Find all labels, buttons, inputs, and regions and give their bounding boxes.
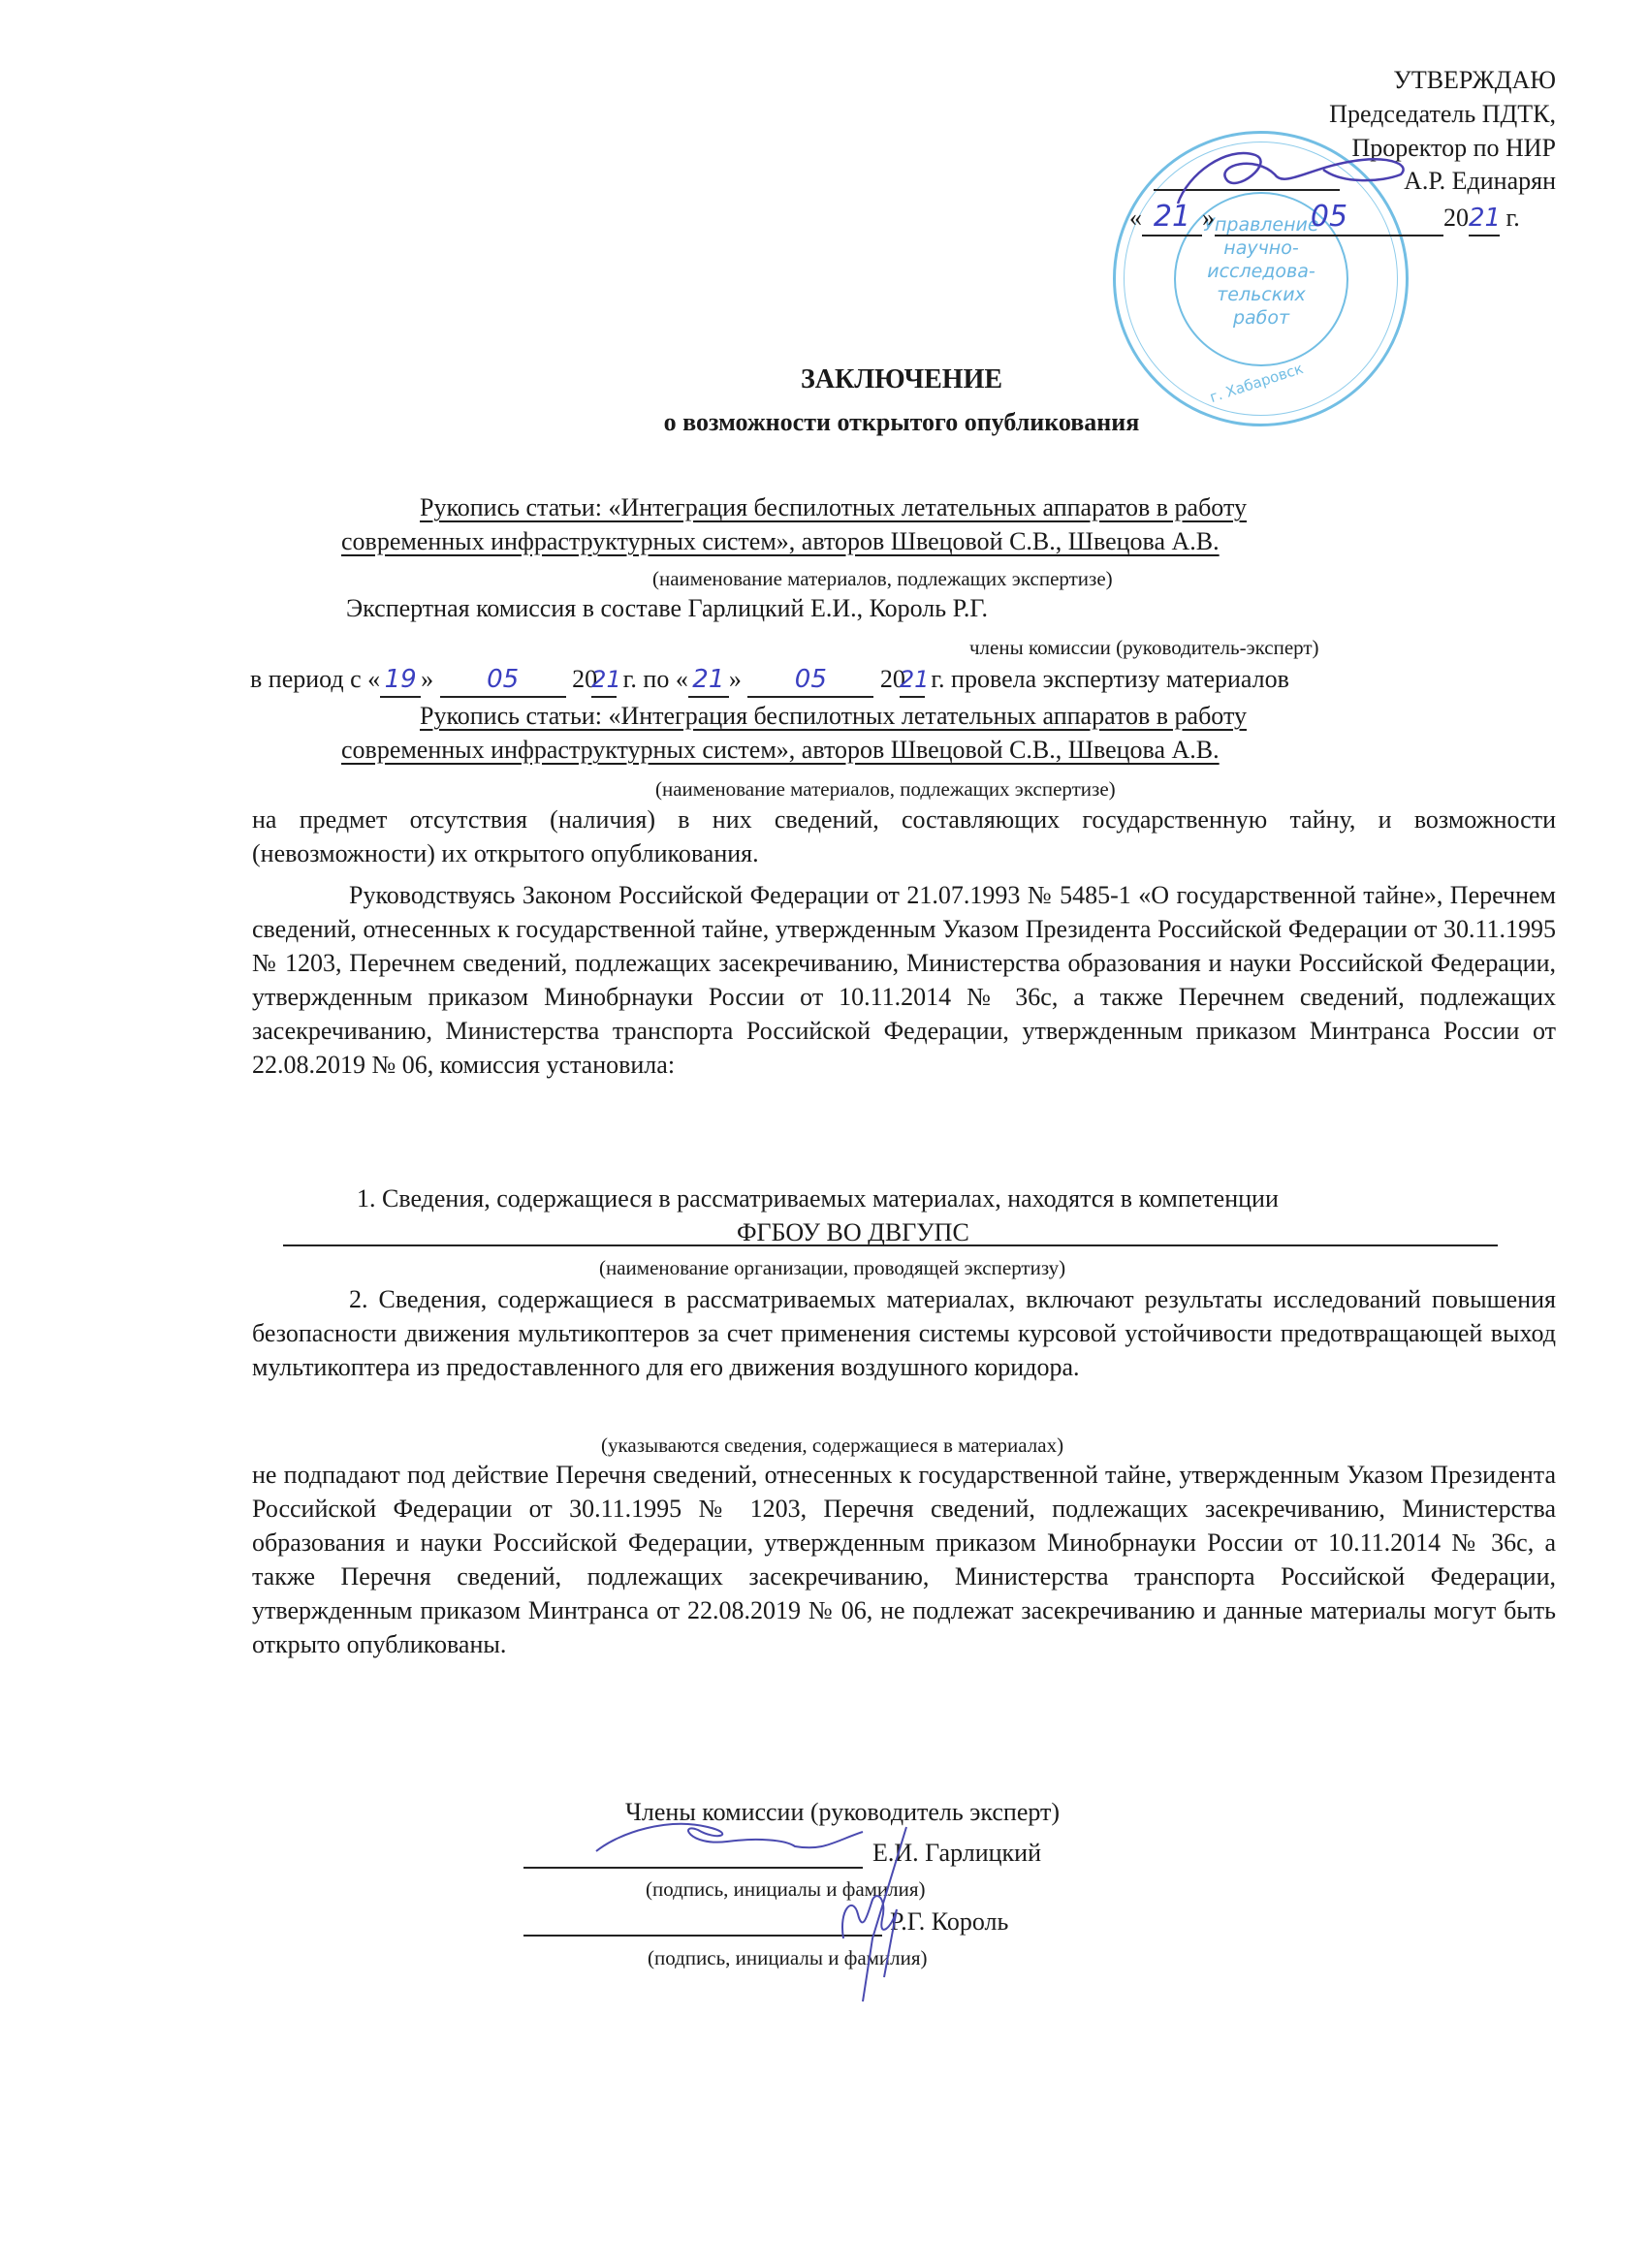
- conclusion-paragraph: не подпадают под действие Перечня сведен…: [252, 1458, 1556, 1661]
- item-1-text: 1. Сведения, содержащиеся в рассматривае…: [357, 1182, 1279, 1215]
- approval-year-prefix: 20: [1443, 204, 1469, 232]
- from-year-field: 21: [591, 663, 617, 698]
- from-year-suffix: 21: [591, 666, 621, 693]
- to-year-suffix: 21: [900, 666, 930, 693]
- stamp-line: научно-: [1174, 236, 1348, 260]
- to-year-field: 21: [900, 663, 925, 698]
- quote-open: «: [676, 665, 688, 693]
- stamp-line: исследова-: [1174, 260, 1348, 283]
- stamp-line: работ: [1174, 306, 1348, 330]
- approval-date: «21»052021 г.: [1129, 201, 1520, 236]
- item-2-caption: (указываются сведения, содержащиеся в ма…: [601, 1433, 1063, 1458]
- to-day-field: 21: [688, 663, 729, 698]
- quote-close: »: [729, 665, 742, 693]
- from-day: 19: [385, 665, 417, 694]
- manuscript-2-line-1: Рукопись статьи: «Интеграция беспилотных…: [420, 700, 1247, 733]
- manuscript-1-line-2: современных инфраструктурных систем», ав…: [341, 525, 1220, 558]
- to-day: 21: [692, 665, 724, 694]
- period-suffix: г. провела экспертизу материалов: [931, 665, 1289, 693]
- document-title: ЗАКЛЮЧЕНИЕ: [0, 362, 1648, 397]
- approval-year-field: 21: [1469, 202, 1500, 236]
- manuscript-1-line-1: Рукопись статьи: «Интеграция беспилотных…: [420, 491, 1247, 524]
- document-subtitle: о возможности открытого опубликования: [0, 406, 1648, 439]
- approval-day: 21: [1154, 200, 1190, 234]
- quote-open: «: [367, 665, 380, 693]
- organization-line: [283, 1244, 1498, 1246]
- period-middle: г. по: [623, 665, 670, 693]
- approval-month-field: 05: [1215, 201, 1443, 236]
- approval-position-1: Председатель ПДТК,: [1329, 98, 1556, 131]
- quote-open: «: [1129, 204, 1142, 232]
- from-month-field: 05: [440, 663, 566, 698]
- approval-year-suffix: 21: [1469, 204, 1501, 233]
- guided-text: Руководствуясь Законом Российской Федера…: [252, 878, 1556, 1082]
- approval-date-suffix: г.: [1506, 204, 1520, 232]
- subject-paragraph: на предмет отсутствия (наличия) в них св…: [252, 803, 1556, 870]
- guided-paragraph: Руководствуясь Законом Российской Федера…: [252, 878, 1556, 1082]
- quote-close: »: [421, 665, 433, 693]
- commission-text: Экспертная комиссия в составе Гарлицкий …: [346, 592, 988, 625]
- from-month: 05: [487, 665, 519, 694]
- period-prefix: в период с: [250, 665, 362, 693]
- stamp-line: тельских: [1174, 283, 1348, 306]
- approval-heading: УТВЕРЖДАЮ: [1393, 64, 1556, 97]
- approval-day-field: 21: [1142, 201, 1202, 236]
- from-day-field: 19: [380, 663, 421, 698]
- conclusion-text: не подпадают под действие Перечня сведен…: [252, 1458, 1556, 1661]
- manuscript-2-line-2: современных инфраструктурных систем», ав…: [341, 734, 1220, 767]
- approval-name: А.Р. Единарян: [1404, 165, 1556, 198]
- to-month-field: 05: [747, 663, 873, 698]
- manuscript-2-caption: (наименование материалов, подлежащих экс…: [655, 776, 1116, 802]
- manuscript-1-caption: (наименование материалов, подлежащих экс…: [652, 566, 1113, 591]
- item-2-paragraph: 2. Сведения, содержащиеся в рассматривае…: [252, 1282, 1556, 1384]
- commission-caption: члены комиссии (руководитель-эксперт): [969, 635, 1319, 660]
- subject-text: на предмет отсутствия (наличия) в них св…: [252, 803, 1556, 870]
- quote-close: »: [1202, 204, 1215, 232]
- item-2-text: 2. Сведения, содержащиеся в рассматривае…: [252, 1282, 1556, 1384]
- to-month: 05: [795, 665, 827, 694]
- period-line: в период с «19» 05 2021 г. по «21» 05 20…: [250, 663, 1289, 698]
- approval-month: 05: [1311, 200, 1347, 234]
- organization-caption: (наименование организации, проводящей эк…: [599, 1255, 1065, 1280]
- signature-korol: [814, 1822, 931, 2006]
